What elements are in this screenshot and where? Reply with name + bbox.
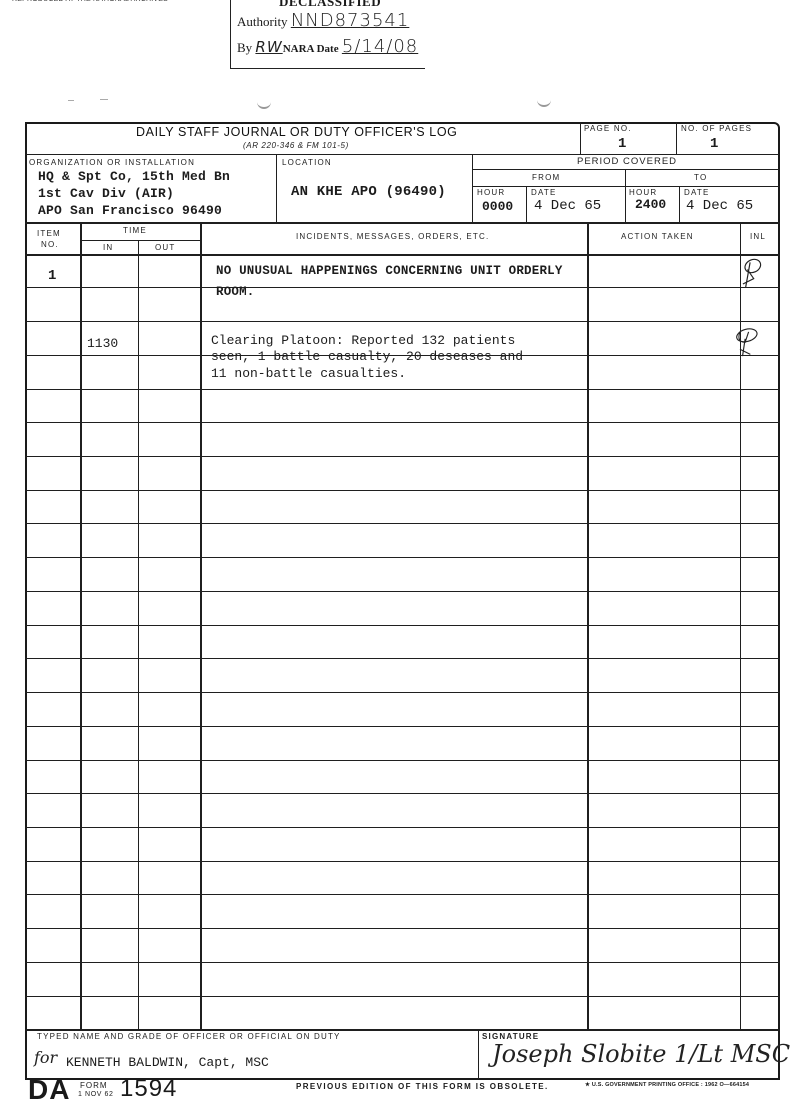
entry-2-line-2: seen, 1 battle casualty, 20 deseases and xyxy=(211,349,523,364)
row-line xyxy=(25,861,780,862)
for-prefix-handwritten: for xyxy=(34,1048,57,1067)
rule xyxy=(138,240,139,1029)
row-line xyxy=(25,490,780,491)
typed-name-value: KENNETH BALDWIN, Capt, MSC xyxy=(66,1055,269,1070)
location-value: AN KHE APO (96490) xyxy=(291,184,446,200)
to-hour-value: 2400 xyxy=(635,197,666,212)
page-no-label: PAGE NO. xyxy=(584,124,632,133)
punch-hole-mark xyxy=(257,102,271,109)
rule xyxy=(526,186,527,222)
organization-line-3: APO San Francisco 96490 xyxy=(38,203,222,218)
rule xyxy=(276,154,277,222)
from-hour-value: 0000 xyxy=(482,199,513,214)
row-line xyxy=(25,1029,780,1031)
printing-office-notice: ★ U.S. GOVERNMENT PRINTING OFFICE : 1962… xyxy=(585,1082,749,1088)
from-date-label: DATE xyxy=(531,188,557,197)
previous-edition-notice: PREVIOUS EDITION OF THIS FORM IS OBSOLET… xyxy=(296,1082,549,1091)
row-line xyxy=(25,726,780,727)
nara-date-label: NARA Date xyxy=(283,43,339,55)
row-line xyxy=(25,827,780,828)
row-line xyxy=(25,760,780,761)
rule xyxy=(625,169,626,222)
rule xyxy=(472,154,473,222)
organization-line-1: HQ & Spt Co, 15th Med Bn xyxy=(38,169,230,184)
organization-line-2: 1st Cav Div (AIR) xyxy=(38,186,174,201)
rule xyxy=(25,154,472,155)
form-title: DAILY STAFF JOURNAL OR DUTY OFFICER'S LO… xyxy=(136,125,457,139)
from-date-value: 4 Dec 65 xyxy=(534,198,601,214)
scan-speck xyxy=(100,99,108,100)
action-taken-header: ACTION TAKEN xyxy=(621,232,694,241)
row-line xyxy=(25,928,780,929)
row-line xyxy=(25,793,780,794)
archives-reproduction-notice: REPRODUCED AT THE NATIONAL ARCHIVES xyxy=(12,0,168,3)
row-line xyxy=(25,557,780,558)
typed-name-label: TYPED NAME AND GRADE OF OFFICER OR OFFIC… xyxy=(37,1032,341,1041)
signature-value: Joseph Slobite 1/Lt MSC xyxy=(492,1040,790,1068)
to-date-value: 4 Dec 65 xyxy=(686,198,753,214)
authority-label: Authority xyxy=(237,14,288,29)
location-label: LOCATION xyxy=(282,158,332,167)
from-hour-label: HOUR xyxy=(477,188,505,197)
form-number: 1594 xyxy=(120,1076,177,1100)
row-line xyxy=(25,321,780,322)
row-line xyxy=(25,894,780,895)
rule xyxy=(472,169,780,170)
rule xyxy=(80,240,200,241)
row-line xyxy=(25,422,780,423)
form-date: 1 NOV 62 xyxy=(78,1091,114,1098)
no-of-pages-label: NO. OF PAGES xyxy=(681,124,752,133)
row-line xyxy=(25,287,780,288)
page-no-value: 1 xyxy=(618,136,626,152)
time-out-header: OUT xyxy=(155,243,176,252)
entry-1-line-1: NO UNUSUAL HAPPENINGS CONCERNING UNIT OR… xyxy=(216,264,563,278)
row-line xyxy=(25,591,780,592)
declass-date: 5/14/08 xyxy=(342,36,418,57)
row-line xyxy=(25,962,780,963)
time-in-header: IN xyxy=(103,243,113,252)
item-header-line1: ITEM xyxy=(37,229,61,238)
row-line xyxy=(25,625,780,626)
punch-hole-mark xyxy=(537,100,551,107)
rule xyxy=(25,222,780,224)
form-da-label: DA xyxy=(28,1076,70,1100)
rule xyxy=(679,186,680,222)
rule xyxy=(580,122,581,154)
row-line xyxy=(25,658,780,659)
entry-2-line-3: 11 non-battle casualties. xyxy=(211,366,406,381)
row-line xyxy=(25,456,780,457)
declassified-heading: DECLASSIFIED xyxy=(279,0,381,10)
to-date-label: DATE xyxy=(684,188,710,197)
entry-2-time-in: 1130 xyxy=(87,336,118,351)
form-subtitle: (AR 220-346 & FM 101-5) xyxy=(243,141,349,150)
by-line: By RWNARA Date 5/14/08 xyxy=(237,36,418,57)
to-label: TO xyxy=(694,173,707,182)
inl-header: INL xyxy=(750,232,766,241)
item-header-line2: NO. xyxy=(41,240,59,249)
organization-label: ORGANIZATION OR INSTALLATION xyxy=(29,158,195,167)
rule xyxy=(676,122,677,154)
no-of-pages-value: 1 xyxy=(710,136,718,152)
time-header: TIME xyxy=(123,226,147,235)
entry-1-item-no: 1 xyxy=(48,268,56,284)
form-word-label: FORM xyxy=(80,1081,108,1090)
entry-1-line-2: ROOM. xyxy=(216,285,255,299)
by-label: By xyxy=(237,40,252,55)
row-line xyxy=(25,523,780,524)
row-line xyxy=(25,692,780,693)
row-line xyxy=(25,389,780,390)
incidents-header: INCIDENTS, MESSAGES, ORDERS, ETC. xyxy=(296,232,489,241)
period-covered-label: PERIOD COVERED xyxy=(577,156,677,167)
authority-value: NND873541 xyxy=(291,10,410,31)
authority-line: Authority NND873541 xyxy=(237,10,409,31)
initials-signature-icon xyxy=(733,326,759,362)
declassification-stamp: DECLASSIFIED Authority NND873541 By RWNA… xyxy=(230,0,425,69)
by-initials: RW xyxy=(255,38,282,56)
scan-speck xyxy=(68,100,74,101)
rule xyxy=(478,1029,479,1079)
to-hour-label: HOUR xyxy=(629,188,657,197)
entry-2-line-1: Clearing Platoon: Reported 132 patients xyxy=(211,333,515,348)
row-line xyxy=(25,996,780,997)
rule xyxy=(472,186,780,187)
rule xyxy=(472,154,780,155)
initials-signature-icon xyxy=(738,257,764,293)
from-label: FROM xyxy=(532,173,560,182)
